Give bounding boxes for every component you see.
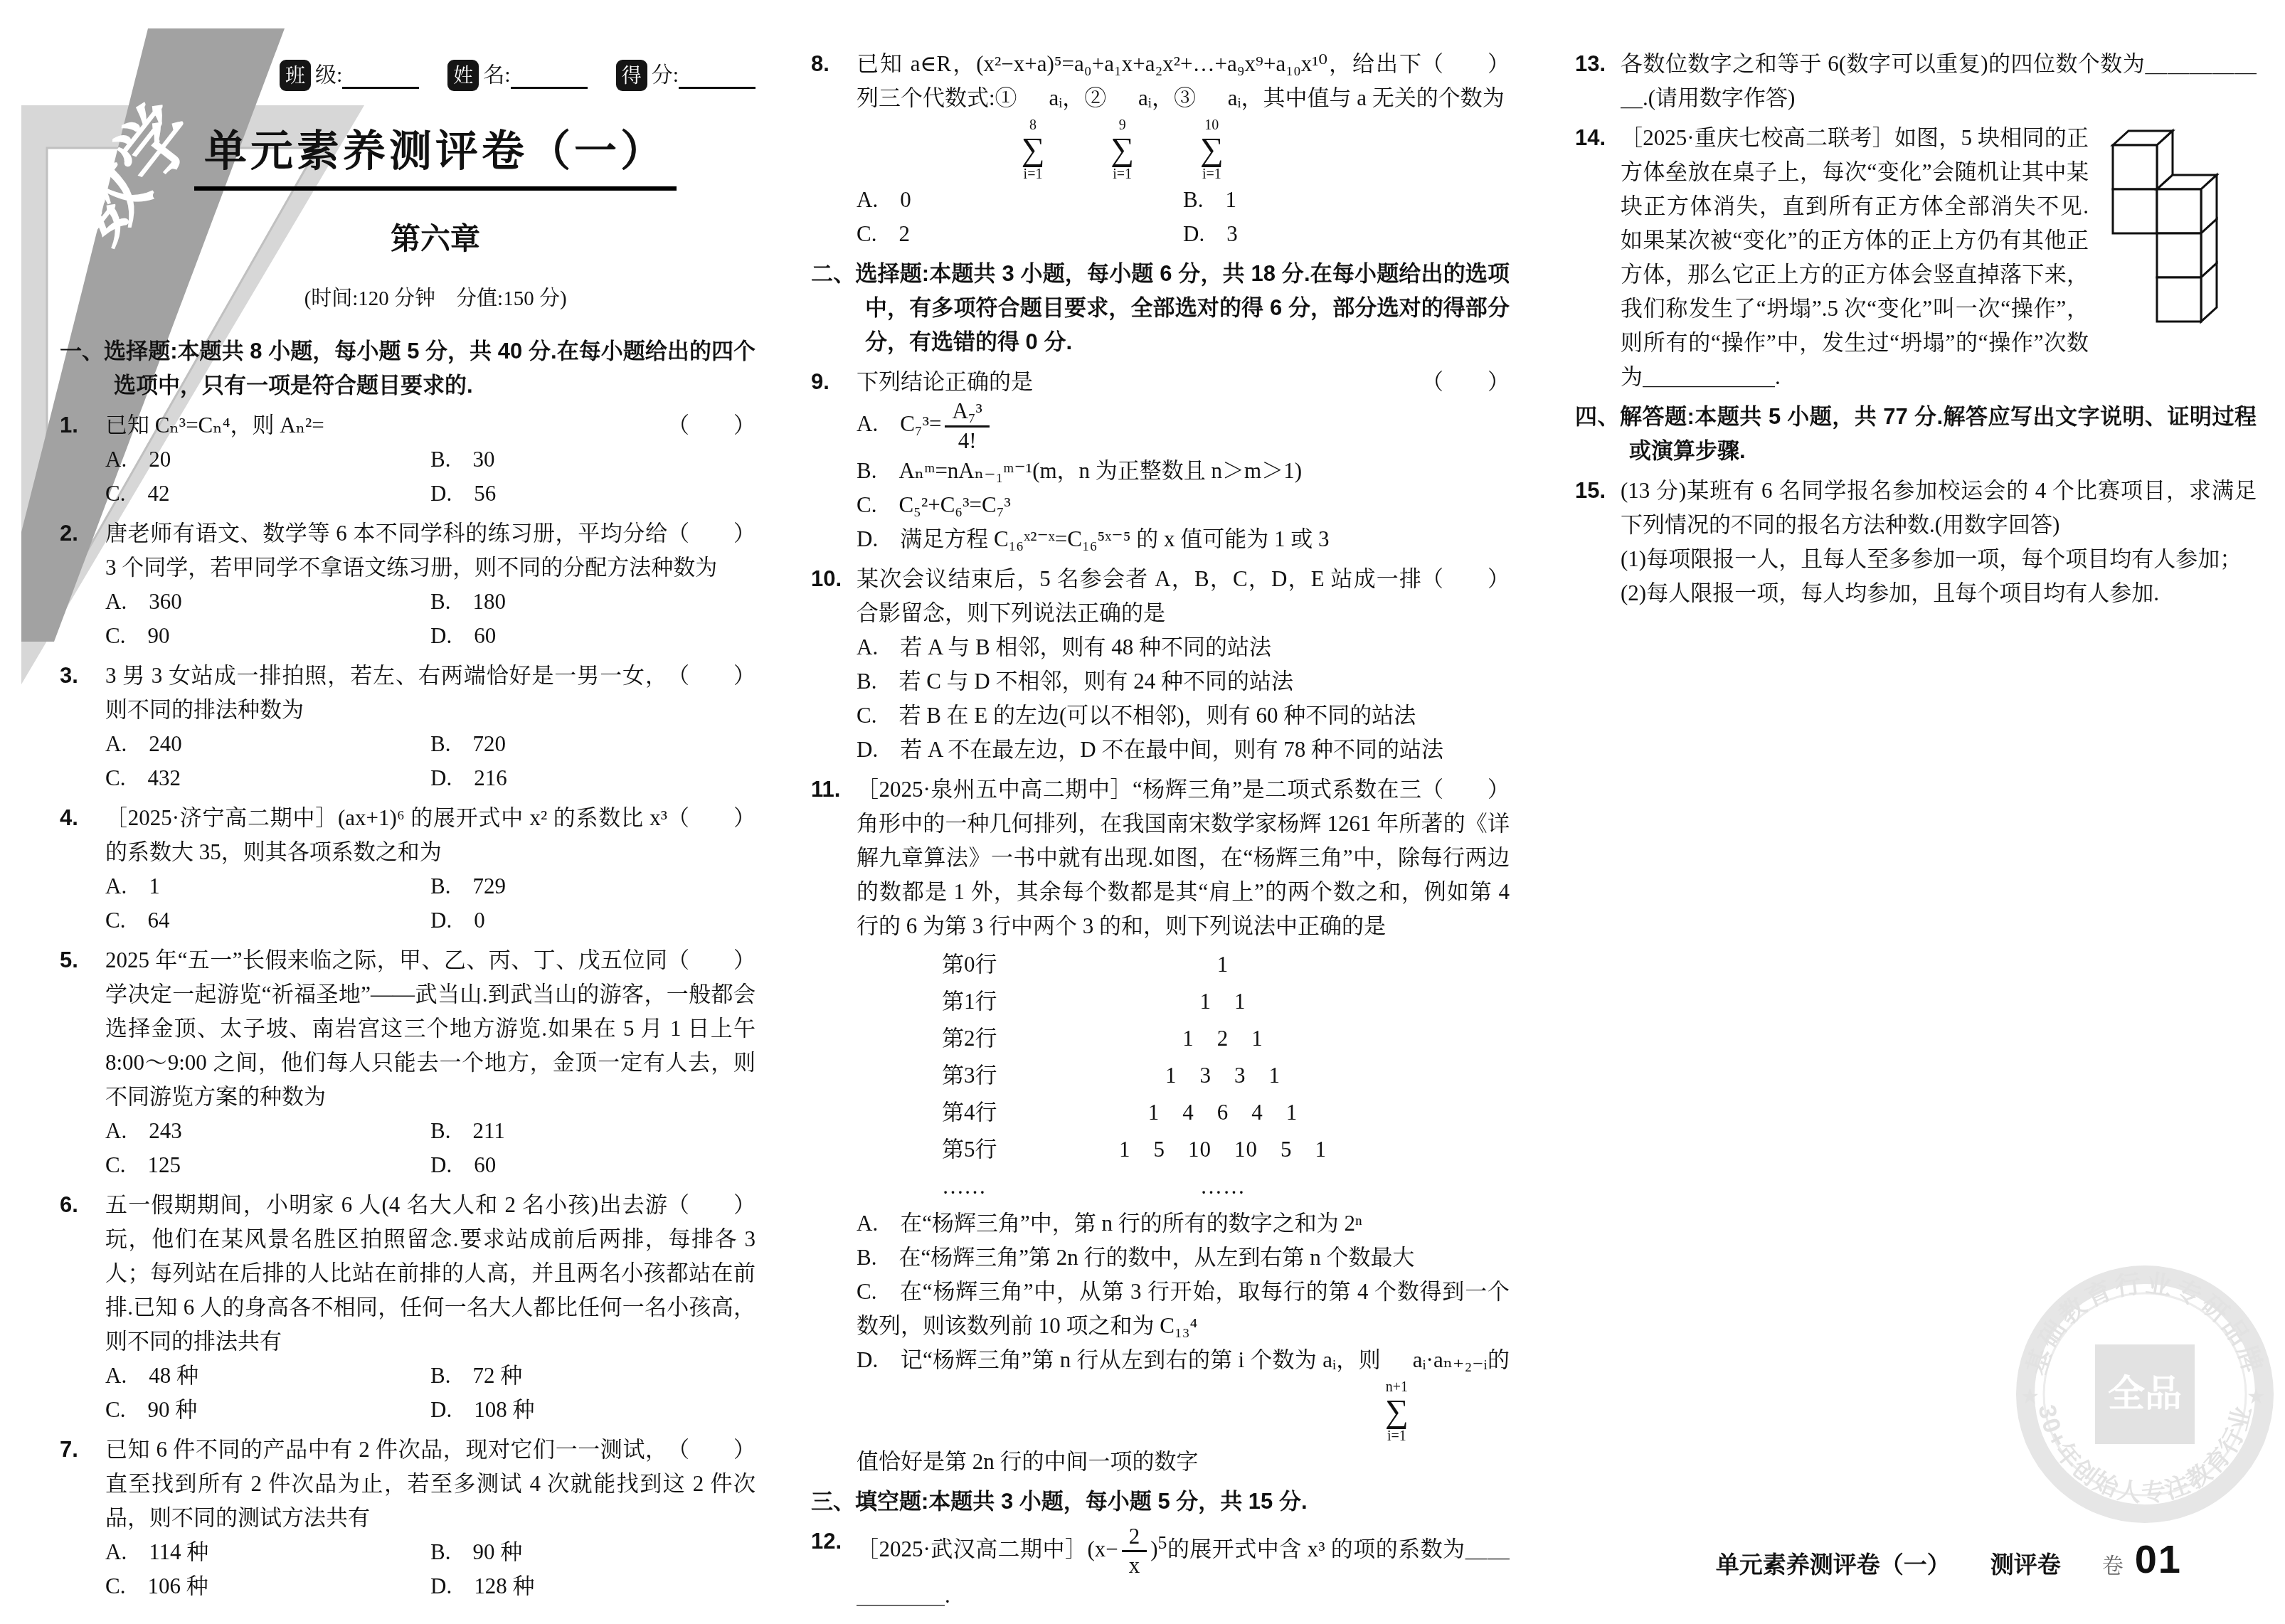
question-stem: ［2025·重庆七校高二联考］如图，5 块相同的正方体垒放在桌子上，每次“变化”… bbox=[1621, 125, 2089, 389]
sum-lower-limit: i=1 bbox=[1113, 166, 1132, 183]
question-number: 8. bbox=[811, 47, 857, 251]
row-numbers: 1 4 6 4 1 bbox=[1041, 1094, 1404, 1131]
answer-bracket: （ ） bbox=[667, 1433, 756, 1467]
question-number: 6. bbox=[60, 1188, 105, 1427]
stamp-logo-text: 全品 bbox=[2108, 1374, 2182, 1415]
option-b: B. 在“杨辉三角”第 2n 行的数中，从左到右第 n 个数最大 bbox=[857, 1241, 1510, 1275]
footer-tab-label: 测评卷 bbox=[1990, 1548, 2061, 1582]
section-4-heading: 四、解答题:本题共 5 小题，共 77 分.解答应写出文字说明、证明过程或演算步… bbox=[1575, 400, 2257, 468]
option-c: C. 432 bbox=[105, 761, 430, 795]
option-a: A. 20 bbox=[105, 442, 430, 477]
page-footer: 单元素养测评卷（一） 测评卷 卷 01 bbox=[1716, 1542, 2182, 1583]
option-c: C. 42 bbox=[105, 477, 430, 511]
class-blank-line bbox=[342, 63, 419, 89]
question-stem: 3 男 3 女站成一排拍照，若左、右两端恰好是一男一女，则不同的排法种数为 bbox=[105, 663, 667, 722]
sum-lower-limit: i=1 bbox=[1024, 166, 1043, 183]
paper-header: 班 级: 姓 名: 得 分: 单元素养测评卷（一） 第六章 (时间:120 分钟… bbox=[60, 0, 756, 329]
option-a: A. 243 bbox=[105, 1114, 430, 1148]
triangle-row-5: 第5行1 5 10 10 5 1 bbox=[942, 1131, 1404, 1168]
star-icon: ★ bbox=[2020, 1385, 2040, 1408]
column-1: 班 级: 姓 名: 得 分: 单元素养测评卷（一） 第六章 (时间:120 分钟… bbox=[60, 0, 756, 1603]
sum-3: 10∑i=1 bbox=[1200, 117, 1224, 183]
question-15: 15. (13 分)某班有 6 名同学报名参加校运会的 4 个比赛项目，求满足下… bbox=[1575, 474, 2257, 610]
period: . bbox=[1775, 364, 1781, 389]
question-4: 4. （ ）［2025·济宁高二期中］(ax+1)⁶ 的展开式中 x² 的系数比… bbox=[60, 801, 756, 938]
option-a: A. 48 种 bbox=[105, 1359, 430, 1393]
option-label: A. bbox=[857, 412, 900, 437]
score-blank-line bbox=[679, 63, 756, 89]
section-1-desc: 本题共 8 小题，每小题 5 分，共 40 分.在每小题给出的四个选项中，只有一… bbox=[114, 339, 756, 398]
option-d: D. 若 A 不在最左边，D 不在最中间，则有 78 种不同的站法 bbox=[857, 733, 1510, 767]
answer-bracket: （ ） bbox=[667, 1188, 756, 1222]
option-a: A. 0 bbox=[857, 183, 1183, 217]
section-2-label: 二、选择题: bbox=[811, 261, 929, 286]
question-stem-end: .(请用数字作答) bbox=[1643, 85, 1795, 110]
sum-term: aᵢ bbox=[1138, 85, 1152, 110]
row-numbers: 1 1 bbox=[1041, 983, 1404, 1020]
sigma-icon: ∑ bbox=[1200, 133, 1224, 166]
question-6: 6. （ ）五一假期期间，小明家 6 人(4 名大人和 2 名小孩)出去游玩，他… bbox=[60, 1188, 756, 1427]
option-c: C. 在“杨辉三角”中，从第 3 行开始，取每行的第 4 个数得到一个数列，则该… bbox=[857, 1275, 1510, 1343]
option-d: D. 60 bbox=[430, 1148, 756, 1182]
answer-bracket: （ ） bbox=[667, 408, 756, 442]
row-numbers: 1 2 1 bbox=[1041, 1020, 1404, 1057]
period: . bbox=[945, 1583, 950, 1608]
formula-prefix: C₇³= bbox=[900, 412, 941, 437]
row-label: 第1行 bbox=[942, 983, 1041, 1020]
option-b: B. 729 bbox=[430, 869, 756, 903]
row-label: 第2行 bbox=[942, 1020, 1041, 1057]
option-c: C. 2 bbox=[857, 217, 1183, 251]
row-label: 第0行 bbox=[942, 946, 1041, 983]
question-stem: 五一假期期间，小明家 6 人(4 名大人和 2 名小孩)出去游玩，他们在某风景名… bbox=[105, 1192, 756, 1354]
column-3: 13. 各数位数字之和等于 6(数字可以重复)的四位数个数为＿＿＿＿＿＿.(请用… bbox=[1575, 47, 2257, 610]
triangle-row-4: 第4行1 4 6 4 1 bbox=[942, 1094, 1404, 1131]
sum-lower-limit: i=1 bbox=[1202, 166, 1221, 183]
question-number: 11. bbox=[811, 773, 857, 1479]
answer-bracket: （ ） bbox=[1421, 47, 1510, 81]
option-d: D. 3 bbox=[1183, 217, 1510, 251]
question-number: 3. bbox=[60, 659, 105, 795]
option-b: B. Aₙᵐ=nAₙ₋₁ᵐ⁻¹(m，n 为正整数且 n＞m＞1) bbox=[857, 454, 1510, 488]
option-d: D. 56 bbox=[430, 477, 756, 511]
option-a: A. C₇³=A₇³4! bbox=[857, 399, 1510, 453]
fraction: A₇³4! bbox=[945, 399, 990, 453]
option-d: D. 216 bbox=[430, 761, 756, 795]
answer-bracket: （ ） bbox=[1421, 562, 1510, 596]
question-number: 7. bbox=[60, 1433, 105, 1603]
section-2-desc: 本题共 3 小题，每小题 6 分，共 18 分.在每小题给出的选项中，有多项符合… bbox=[865, 261, 1510, 354]
question-5: 5. （ ）2025 年“五一”长假来临之际，甲、乙、丙、丁、戊五位同学决定一起… bbox=[60, 943, 756, 1182]
fraction-denominator: x bbox=[1122, 1552, 1147, 1578]
fraction-numerator: 2 bbox=[1122, 1524, 1147, 1553]
sigma-icon: ∑ bbox=[1385, 1395, 1409, 1428]
sum-d: n+1∑i=1 bbox=[1385, 1379, 1409, 1445]
question-13: 13. 各数位数字之和等于 6(数字可以重复)的四位数个数为＿＿＿＿＿＿.(请用… bbox=[1575, 47, 2257, 115]
section-4-label: 四、解答题: bbox=[1575, 404, 1695, 429]
formula-exponent: 5 bbox=[1158, 1532, 1167, 1553]
answer-bracket: （ ） bbox=[667, 516, 756, 551]
question-9: 9. （ ）下列结论正确的是 A. C₇³=A₇³4! B. Aₙᵐ=nAₙ₋₁… bbox=[811, 365, 1510, 556]
column-2: 8. （ ）已知 a∈R，(x²−x+a)⁵=a₀+a₁x+a₂x²+…+a₉x… bbox=[811, 47, 1510, 1613]
formula-open: (x− bbox=[1087, 1537, 1118, 1561]
star-icon: ★ bbox=[2247, 1385, 2266, 1408]
answer-bracket: （ ） bbox=[667, 943, 756, 977]
row-label: 第4行 bbox=[942, 1094, 1041, 1131]
cube-front-face bbox=[2113, 145, 2157, 189]
row-numbers: 1 3 3 1 bbox=[1041, 1057, 1404, 1094]
brand-watermark-stamp: 基础教育行业专研品牌 30+年创始人专注教育行业 ★ ★ 全品 bbox=[1999, 1248, 2285, 1540]
page-title: 单元素养测评卷（一） bbox=[194, 125, 677, 191]
triangle-row-2: 第2行1 2 1 bbox=[942, 1020, 1404, 1057]
option-d-text: D. 记“杨辉三角”第 n 行从左到右的第 i 个数为 aᵢ，则 bbox=[857, 1347, 1381, 1372]
pascal-triangle-figure: 第0行1 第1行1 1 第2行1 2 1 第3行1 3 3 1 第4行1 4 6… bbox=[942, 946, 1404, 1205]
footer-volume-label: 卷 bbox=[2102, 1549, 2124, 1583]
answer-bracket: （ ） bbox=[1421, 773, 1510, 807]
cube-front-face bbox=[2157, 233, 2201, 277]
score-field: 得 分: bbox=[616, 58, 756, 92]
sum-1: 8∑i=1 bbox=[1022, 117, 1045, 183]
section-4-desc: 本题共 5 小题，共 77 分.解答应写出文字说明、证明过程或演算步骤. bbox=[1629, 404, 2257, 463]
option-b: B. 72 种 bbox=[430, 1359, 756, 1393]
exam-page: 数学 班 级: 姓 名: 得 分: bbox=[0, 0, 2285, 1624]
question-part-1: (1)每项限报一人，且每人至多参加一项，每个项目均有人参加； bbox=[1621, 542, 2257, 576]
option-b: B. 1 bbox=[1183, 183, 1510, 217]
row-label: …… bbox=[942, 1168, 1041, 1205]
question-stem-end: ，其中值与 a 无关的个数为 bbox=[1241, 85, 1505, 110]
separator: ，② bbox=[1062, 85, 1106, 110]
question-number: 14. bbox=[1575, 121, 1621, 394]
sigma-icon: ∑ bbox=[1022, 133, 1045, 166]
option-c: C. 125 bbox=[105, 1148, 430, 1182]
question-11: 11. （ ）［2025·泉州五中高二期中］“杨辉三角”是二项式系数在三角形中的… bbox=[811, 773, 1510, 1479]
answer-bracket: （ ） bbox=[667, 801, 756, 835]
row-numbers: 1 bbox=[1041, 946, 1404, 983]
class-tag: 班 bbox=[280, 60, 311, 91]
question-number: 13. bbox=[1575, 47, 1621, 115]
row-numbers: …… bbox=[1041, 1168, 1404, 1205]
triangle-row-1: 第1行1 1 bbox=[942, 983, 1404, 1020]
row-label: 第5行 bbox=[942, 1131, 1041, 1168]
question-stem: 某次会议结束后，5 名参会者 A，B，C，D，E 站成一排合影留念，则下列说法正… bbox=[857, 566, 1421, 625]
student-fields: 班 级: 姓 名: 得 分: bbox=[280, 58, 756, 92]
section-3-desc: 本题共 3 小题，每小题 5 分，共 15 分. bbox=[928, 1489, 1307, 1514]
question-number: 1. bbox=[60, 408, 105, 511]
question-source: ［2025·武汉高二期中］ bbox=[857, 1537, 1087, 1561]
triangle-row-3: 第3行1 3 3 1 bbox=[942, 1057, 1404, 1094]
section-1-heading: 一、选择题:本题共 8 小题，每小题 5 分，共 40 分.在每小题给出的四个选… bbox=[60, 334, 756, 403]
question-stem: ［2025·泉州五中高二期中］“杨辉三角”是二项式系数在三角形中的一种几何排列，… bbox=[857, 777, 1510, 938]
footer-paper-title: 单元素养测评卷（一） bbox=[1716, 1548, 1951, 1582]
option-b: B. 90 种 bbox=[430, 1535, 756, 1569]
name-tag: 姓 bbox=[447, 60, 479, 91]
option-d: D. 0 bbox=[430, 903, 756, 938]
question-7: 7. （ ）已知 6 件不同的产品中有 2 件次品，现对它们一一测试，直至找到所… bbox=[60, 1433, 756, 1603]
question-14: 14. bbox=[1575, 121, 2257, 394]
section-2-heading: 二、选择题:本题共 3 小题，每小题 6 分，共 18 分.在每小题给出的选项中… bbox=[811, 257, 1510, 359]
chapter-title: 第六章 bbox=[391, 222, 480, 256]
question-stem: ［2025·济宁高二期中］(ax+1)⁶ 的展开式中 x² 的系数比 x³ 的系… bbox=[105, 805, 667, 864]
question-8: 8. （ ）已知 a∈R，(x²−x+a)⁵=a₀+a₁x+a₂x²+…+a₉x… bbox=[811, 47, 1510, 251]
question-stem: 下列结论正确的是 bbox=[857, 369, 1033, 394]
answer-bracket: （ ） bbox=[667, 659, 756, 693]
option-c: C. 若 B 在 E 的左边(可以不相邻)，则有 60 种不同的站法 bbox=[857, 699, 1510, 733]
question-stem: 唐老师有语文、数学等 6 本不同学科的练习册，平均分给 3 个同学，若甲同学不拿… bbox=[105, 521, 717, 580]
fraction-numerator: A₇³ bbox=[945, 399, 990, 428]
row-label: 第3行 bbox=[942, 1057, 1041, 1094]
row-numbers: 1 5 10 10 5 1 bbox=[1041, 1131, 1404, 1168]
name-label: 名: bbox=[483, 58, 510, 92]
sigma-icon: ∑ bbox=[1110, 133, 1134, 166]
question-number: 9. bbox=[811, 365, 857, 556]
question-stem: 已知 6 件不同的产品中有 2 件次品，现对它们一一测试，直至找到所有 2 件次… bbox=[105, 1437, 756, 1530]
sum-2: 9∑i=1 bbox=[1110, 117, 1134, 183]
answer-blank: ＿＿＿＿＿＿ bbox=[1643, 364, 1775, 389]
option-a: A. 在“杨辉三角”中，第 n 行的所有的数字之和为 2ⁿ bbox=[857, 1206, 1510, 1241]
option-d: D. 满足方程 C₁₆ˣ²⁻ˣ=C₁₆⁵ˣ⁻⁵ 的 x 值可能为 1 或 3 bbox=[857, 522, 1510, 556]
question-number: 5. bbox=[60, 943, 105, 1182]
name-field: 姓 名: bbox=[447, 58, 587, 92]
option-c: C. C₅²+C₆³=C₇³ bbox=[857, 488, 1510, 522]
cube-stack-figure bbox=[2103, 124, 2257, 337]
question-stem: 各数位数字之和等于 6(数字可以重复)的四位数个数为 bbox=[1621, 51, 2145, 76]
option-b: B. 180 bbox=[430, 585, 756, 619]
option-c: C. 90 种 bbox=[105, 1393, 430, 1427]
question-stem: (13 分)某班有 6 名同学报名参加校运会的 4 个比赛项目，求满足下列情况的… bbox=[1621, 474, 2257, 542]
option-b: B. 720 bbox=[430, 727, 756, 761]
fraction-denominator: 4! bbox=[945, 428, 990, 454]
option-a: A. 114 种 bbox=[105, 1535, 430, 1569]
question-stem: 已知 Cₙ³=Cₙ⁴，则 Aₙ²= bbox=[105, 413, 324, 437]
question-part-2: (2)每人限报一项，每人均参加，且每个项目均有人参加. bbox=[1621, 576, 2257, 610]
option-a: A. 1 bbox=[105, 869, 430, 903]
question-12: 12. ［2025·武汉高二期中］(x−2x)5的展开式中含 x³ 的项的系数为… bbox=[811, 1524, 1510, 1613]
question-number: 4. bbox=[60, 801, 105, 938]
option-d: D. 记“杨辉三角”第 n 行从左到右的第 i 个数为 aᵢ，则n+1∑i=1a… bbox=[857, 1343, 1510, 1479]
question-number: 15. bbox=[1575, 474, 1621, 610]
sum-term: aᵢ bbox=[1228, 85, 1241, 110]
fraction: 2x bbox=[1122, 1524, 1147, 1578]
formula-close: ) bbox=[1150, 1537, 1157, 1561]
question-number: 2. bbox=[60, 516, 105, 653]
footer-page-number: 01 bbox=[2135, 1542, 2182, 1576]
section-1-label: 一、选择题: bbox=[60, 339, 178, 363]
question-number: 10. bbox=[811, 562, 857, 767]
question-2: 2. （ ）唐老师有语文、数学等 6 本不同学科的练习册，平均分给 3 个同学，… bbox=[60, 516, 756, 653]
option-a: A. 240 bbox=[105, 727, 430, 761]
question-10: 10. （ ）某次会议结束后，5 名参会者 A，B，C，D，E 站成一排合影留念… bbox=[811, 562, 1510, 767]
option-c: C. 90 bbox=[105, 619, 430, 653]
option-c: C. 106 种 bbox=[105, 1569, 430, 1603]
triangle-row-ellipsis: ………… bbox=[942, 1168, 1404, 1205]
cube-front-face bbox=[2157, 277, 2201, 322]
question-number: 12. bbox=[811, 1524, 857, 1613]
option-b: B. 211 bbox=[430, 1114, 756, 1148]
section-3-heading: 三、填空题:本题共 3 小题，每小题 5 分，共 15 分. bbox=[811, 1485, 1510, 1519]
option-d: D. 128 种 bbox=[430, 1569, 756, 1603]
question-stem: 2025 年“五一”长假来临之际，甲、乙、丙、丁、戊五位同学决定一起游览“祈福圣… bbox=[105, 948, 756, 1109]
score-tag: 得 bbox=[616, 60, 647, 91]
option-d: D. 108 种 bbox=[430, 1393, 756, 1427]
option-d: D. 60 bbox=[430, 619, 756, 653]
option-b: B. 30 bbox=[430, 442, 756, 477]
section-3-label: 三、填空题: bbox=[811, 1489, 928, 1514]
answer-bracket: （ ） bbox=[1421, 365, 1510, 399]
question-3: 3. （ ）3 男 3 女站成一排拍照，若左、右两端恰好是一男一女，则不同的排法… bbox=[60, 659, 756, 795]
sum-term: aᵢ bbox=[1049, 85, 1062, 110]
question-1: 1. （ ）已知 Cₙ³=Cₙ⁴，则 Aₙ²= A. 20 B. 30 C. 4… bbox=[60, 408, 756, 511]
sum-lower-limit: i=1 bbox=[1387, 1428, 1406, 1445]
cube-front-face bbox=[2157, 189, 2201, 233]
name-blank-line bbox=[511, 63, 588, 89]
question-stem: 的展开式中含 x³ 的项的系数为 bbox=[1167, 1537, 1465, 1561]
option-c: C. 64 bbox=[105, 903, 430, 938]
option-b: B. 若 C 与 D 不相邻，则有 24 种不同的站法 bbox=[857, 664, 1510, 699]
class-label: 级: bbox=[315, 58, 342, 92]
triangle-row-0: 第0行1 bbox=[942, 946, 1404, 983]
sum-term: aᵢ·aₙ₊₂₋ᵢ bbox=[1413, 1347, 1488, 1372]
separator: ，③ bbox=[1152, 85, 1196, 110]
score-label: 分: bbox=[652, 58, 679, 92]
option-a: A. 360 bbox=[105, 585, 430, 619]
class-field: 班 级: bbox=[280, 58, 419, 92]
cube-front-face bbox=[2113, 189, 2157, 233]
option-a: A. 若 A 与 B 相邻，则有 48 种不同的站法 bbox=[857, 630, 1510, 664]
time-score-meta: (时间:120 分钟 分值:150 分) bbox=[304, 282, 567, 316]
